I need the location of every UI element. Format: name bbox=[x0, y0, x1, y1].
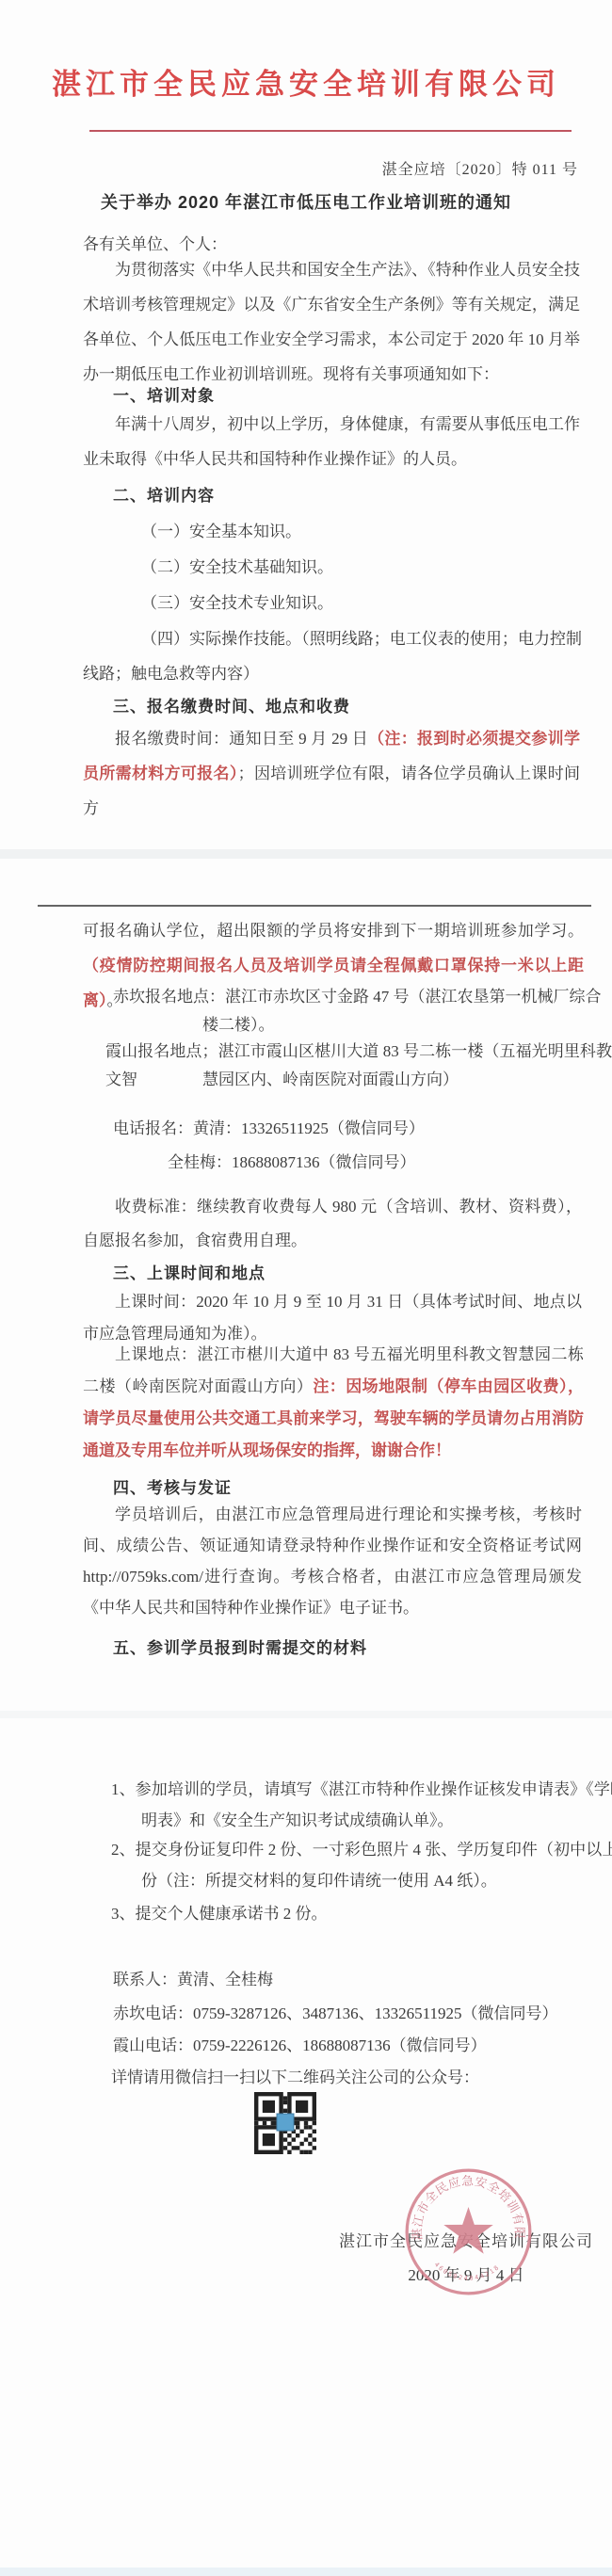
registration-time-paragraph: 报名缴费时间：通知日至 9 月 29 日（注：报到时必须提交参训学员所需材料方可… bbox=[83, 721, 580, 826]
schedule-heading: 三、上课时间和地点 bbox=[113, 1260, 266, 1283]
notice-document: 湛江市全民应急安全培训有限公司 湛全应培〔2020〕特 011 号 关于举办 2… bbox=[0, 0, 612, 2576]
reg-time-text: 报名缴费时间：通知日至 9 月 29 日 bbox=[115, 730, 368, 748]
materials-heading: 五、参训学员报到时需提交的材料 bbox=[113, 1634, 367, 1658]
signature-company: 湛江市全民应急安全培训有限公司 bbox=[339, 2228, 593, 2251]
chikan-phone: 赤坎电话：0759-3287126、3487136、13326511925（微信… bbox=[113, 1996, 558, 2031]
section-1-text: 年满十八周岁，初中以上学历，身体健康，有需要从事低压电工作业未取得《中华人民共和… bbox=[83, 407, 580, 476]
material-item-2: 2、提交身份证复印件 2 份、一寸彩色照片 4 张、学历复印件（初中以上）2 份… bbox=[83, 1834, 612, 1896]
fee-standard-paragraph: 收费标准：继续教育收费每人 980 元（含培训、教材、资料费），自愿报名参加，食… bbox=[83, 1190, 582, 1258]
qr-code-image bbox=[254, 2092, 316, 2154]
material-item-1: 1、参加培训的学员，请填写《湛江市特种作业操作证核发申请表》《学时证明表》和《安… bbox=[83, 1774, 612, 1836]
page-break-1 bbox=[0, 849, 612, 859]
doc-number: 湛全应培〔2020〕特 011 号 bbox=[382, 157, 578, 179]
header-rule bbox=[89, 130, 572, 132]
chikan-address-line2: 楼二楼）。 bbox=[202, 1011, 275, 1039]
xiashan-phone: 霞山电话：0759-2226126、18688087136（微信同号） bbox=[113, 2028, 487, 2063]
assessment-paragraph: 学员培训后，由湛江市应急管理局进行理论和实操考核，考核时间、成绩公告、领证通知请… bbox=[83, 1499, 582, 1623]
training-item-4: （四）实际操作技能。（照明线路；电工仪表的使用；电力控制线路；触电急救等内容） bbox=[83, 621, 582, 691]
qr-hint: 详情请用微信扫一扫以下二维码关注公司的公众号： bbox=[111, 2060, 479, 2095]
signature-date: 2020 年 9 月 4 日 bbox=[391, 2262, 541, 2285]
qr-code-svg bbox=[254, 2092, 316, 2154]
intro-paragraph: 为贯彻落实《中华人民共和国安全生产法》、《特种作业人员安全技术培训考核管理规定》… bbox=[83, 252, 580, 392]
training-item-1: （一）安全基本知识。 bbox=[141, 514, 301, 549]
phone-registration-line1: 电话报名：黄清：13326511925（微信同号） bbox=[113, 1111, 425, 1146]
xiashan-address-line2: 慧园区内、岭南医院对面霞山方向） bbox=[202, 1066, 459, 1094]
section-3-heading: 三、报名缴费时间、地点和收费 bbox=[113, 693, 350, 716]
notice-title: 关于举办 2020 年湛江市低压电工作业培训班的通知 bbox=[0, 189, 612, 214]
training-item-2: （二）安全技术基础知识。 bbox=[141, 550, 333, 585]
reg-overflow-text: 可报名确认学位，超出限额的学员将安排到下一期培训班参加学习。 bbox=[83, 922, 584, 940]
contact-person: 联系人：黄清、全桂梅 bbox=[113, 1962, 273, 1997]
class-address-paragraph: 上课地点：湛江市椹川大道中 83 号五福光明里科教文智慧园二栋二楼（岭南医院对面… bbox=[83, 1339, 584, 1467]
assessment-heading: 四、考核与发证 bbox=[113, 1474, 232, 1498]
phone-registration-line2: 全桂梅：18688087136（微信同号） bbox=[168, 1145, 416, 1180]
section-2-heading: 二、培训内容 bbox=[113, 482, 215, 506]
chikan-address-line1: 赤坎报名地点：湛江市赤坎区寸金路 47 号（湛江农垦第一机械厂综合 bbox=[113, 983, 602, 1011]
page-bottom-edge bbox=[0, 2568, 612, 2576]
page-break-2 bbox=[0, 1711, 612, 1718]
training-item-3: （三）安全技术专业知识。 bbox=[141, 586, 333, 620]
section-1-heading: 一、培训对象 bbox=[113, 382, 215, 406]
material-item-3: 3、提交个人健康承诺书 2 份。 bbox=[83, 1898, 612, 1929]
company-header: 湛江市全民应急安全培训有限公司 bbox=[0, 60, 612, 103]
page2-top-rule bbox=[38, 905, 591, 907]
